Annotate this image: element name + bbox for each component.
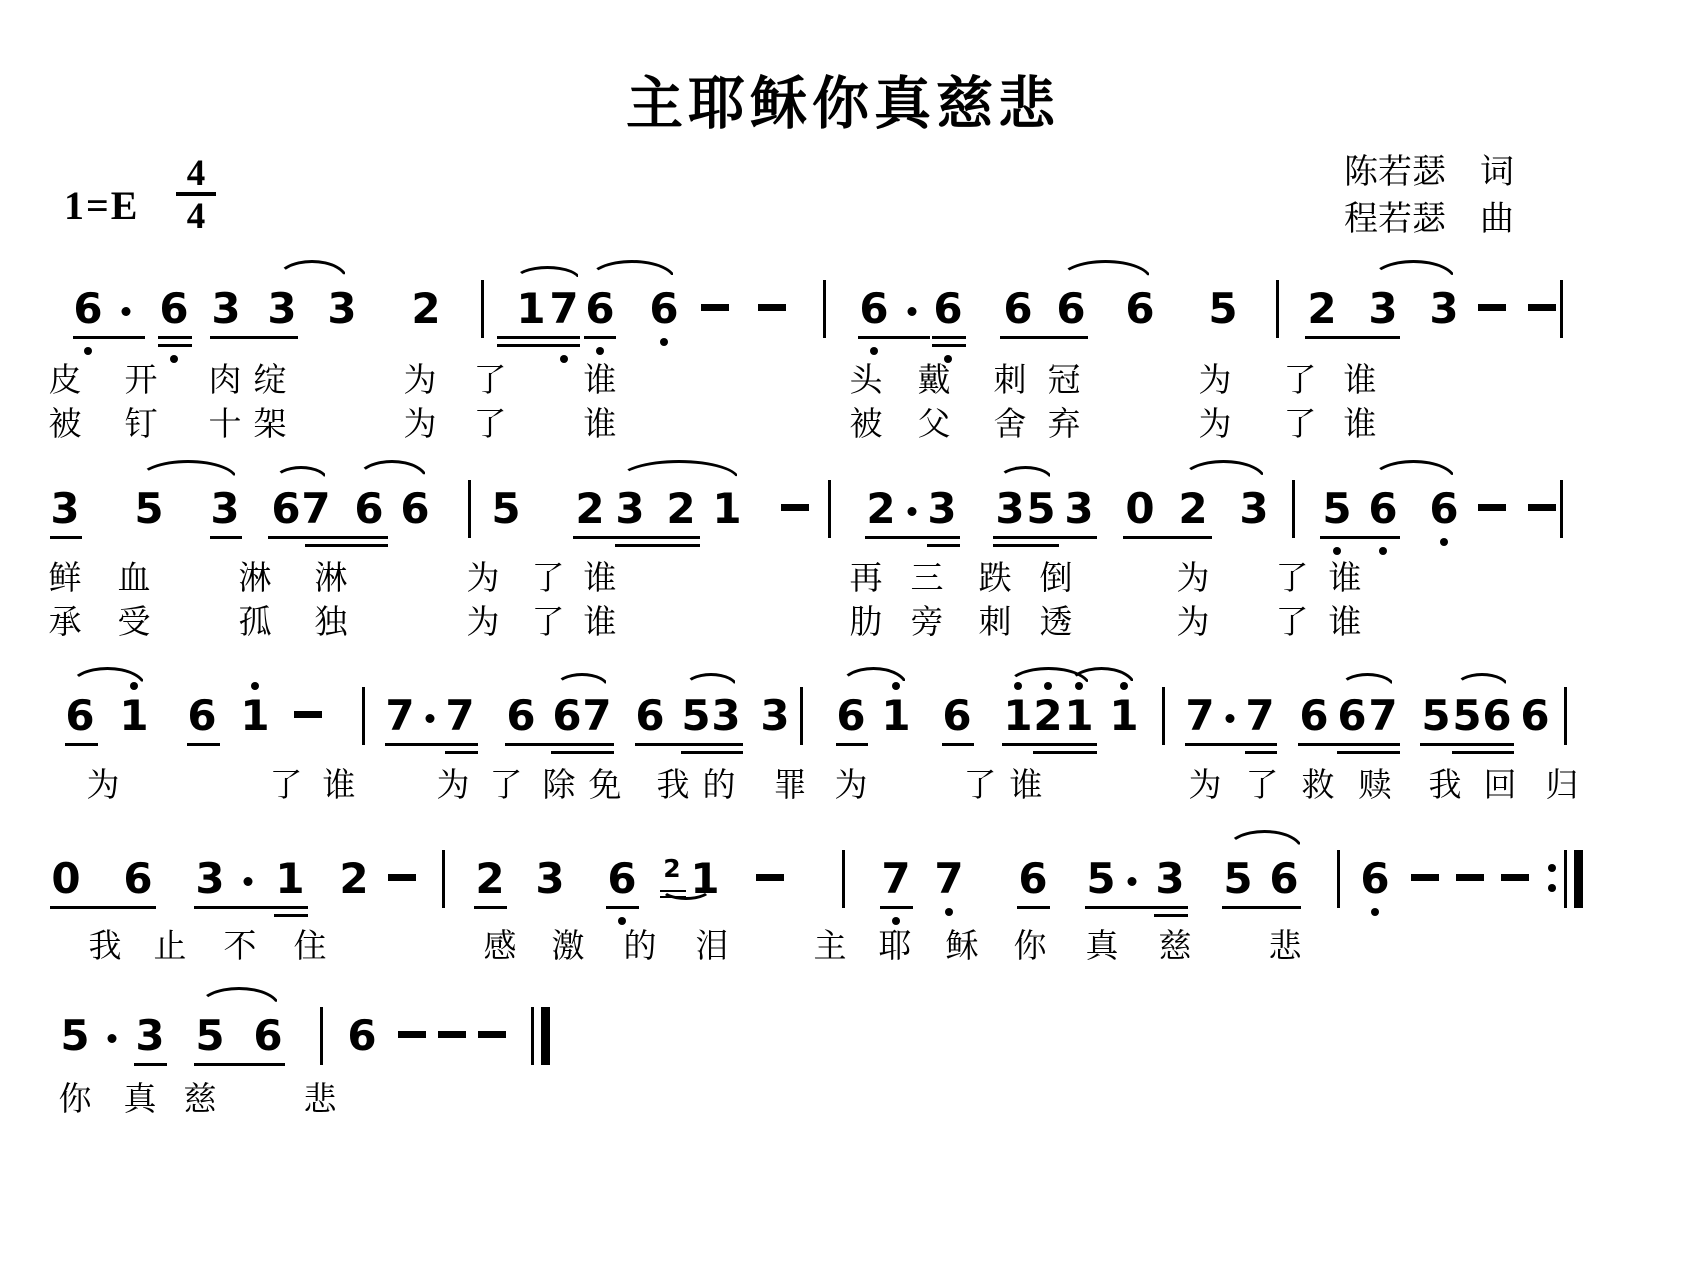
beam-underline: [584, 336, 616, 339]
lyric-syllable: 的: [624, 920, 657, 967]
lyric-syllable: 为: [1199, 354, 1232, 401]
slur: [1371, 460, 1456, 480]
lyric-syllable: 慈: [184, 1073, 217, 1120]
time-signature-numerator: 4: [176, 156, 216, 191]
note: 2: [866, 488, 895, 530]
note: 6: [73, 288, 102, 330]
lyric-syllable: 稣: [946, 920, 979, 967]
lyric-syllable: 受: [118, 596, 151, 643]
lyric-syllable: 了: [532, 596, 565, 643]
lyric-syllable: 谁: [1010, 759, 1043, 806]
barline: [468, 480, 471, 538]
barline-thick: [541, 1007, 550, 1065]
dash-line: [1478, 304, 1506, 311]
lyric-syllable: 了: [532, 552, 565, 599]
note: 6: [1429, 488, 1458, 530]
barline: [1162, 687, 1165, 745]
lyric-syllable: 为: [437, 759, 470, 806]
composer-credit: 程若瑟 曲: [1344, 197, 1514, 244]
note: 1: [1109, 695, 1138, 737]
lyric-syllable: 倒: [1040, 552, 1073, 599]
lyric-syllable: 钉: [125, 398, 158, 445]
slur: [684, 673, 738, 687]
note: 6: [1368, 488, 1397, 530]
slur: [1455, 673, 1509, 687]
note: 3: [711, 695, 740, 737]
beam-underline: [615, 544, 700, 547]
lyric-syllable: 跌: [979, 552, 1012, 599]
beam-underline: [1298, 743, 1400, 746]
note: 3: [760, 695, 789, 737]
credits: 陈若瑟 词 程若瑟 曲: [1344, 150, 1514, 244]
slur: [138, 460, 238, 480]
note: 2: [666, 488, 695, 530]
lyric-syllable: 了: [474, 398, 507, 445]
lyric-syllable: 你: [1014, 920, 1047, 967]
beam-underline: [274, 914, 308, 917]
note: 3: [1239, 488, 1268, 530]
lyric-syllable: 住: [294, 920, 327, 967]
note: 3: [1368, 288, 1397, 330]
lyric-syllable: 谁: [1344, 354, 1377, 401]
lyric-syllable: 止: [154, 920, 187, 967]
barline: [828, 480, 831, 538]
lyric-syllable: 了: [1284, 398, 1317, 445]
note: 5: [1223, 858, 1252, 900]
beam-underline: [932, 344, 966, 347]
octave-dot-low: [1379, 547, 1387, 555]
beam-underline: [993, 536, 1097, 539]
note: 1: [275, 858, 304, 900]
barline: [842, 850, 845, 908]
beam-underline: [932, 336, 966, 339]
slur: [555, 673, 609, 687]
dash-line: [1528, 304, 1556, 311]
lyric-syllable: 头: [850, 354, 883, 401]
beam-underline: [158, 344, 192, 347]
note: 6: [123, 858, 152, 900]
note: 1: [516, 288, 545, 330]
beam-underline: [73, 336, 145, 339]
lyric-syllable: 绽: [254, 354, 287, 401]
lyric-syllable: 救: [1302, 759, 1335, 806]
lyric-syllable: 为: [1177, 596, 1210, 643]
lyric-syllable: 不: [224, 920, 257, 967]
lyric-syllable: 慈: [1159, 920, 1192, 967]
slur: [1181, 460, 1266, 480]
barline: [1337, 850, 1340, 908]
barline: [531, 1007, 534, 1065]
lyric-syllable: 为: [87, 759, 120, 806]
beam-underline: [1452, 751, 1514, 754]
lyric-syllable: 了: [270, 759, 303, 806]
beam-underline: [551, 751, 614, 754]
barline: [1564, 687, 1567, 745]
lyric-syllable: 孤: [239, 596, 272, 643]
note: 1: [881, 695, 910, 737]
note: 6: [1520, 695, 1549, 737]
slur: [998, 466, 1053, 480]
note: 7: [1368, 695, 1397, 737]
dash-line: [388, 874, 416, 881]
lyric-syllable: 架: [254, 398, 287, 445]
beam-underline: [942, 743, 974, 746]
lyricist-credit: 陈若瑟 词: [1344, 150, 1514, 197]
beam-underline: [474, 906, 507, 909]
beam-underline: [1123, 536, 1212, 539]
octave-dot-low: [1371, 908, 1379, 916]
lyric-syllable: 为: [404, 354, 437, 401]
lyric-syllable: 被: [850, 398, 883, 445]
octave-dot-high: [251, 682, 259, 690]
lyric-syllable: 真: [1086, 920, 1119, 967]
note: 7: [934, 858, 963, 900]
lyric-syllable: 被: [49, 398, 82, 445]
lyric-syllable: 谁: [584, 596, 617, 643]
beam-underline: [836, 743, 868, 746]
note: 3: [210, 488, 239, 530]
beam-underline: [1017, 906, 1050, 909]
lyric-syllable: 独: [315, 596, 348, 643]
augmentation-dot: [1128, 877, 1137, 886]
note: 6: [635, 695, 664, 737]
barline: [1292, 480, 1295, 538]
note: 6: [859, 288, 888, 330]
note: 5: [1322, 488, 1351, 530]
slur: [618, 460, 740, 480]
lyric-syllable: 刺: [979, 596, 1012, 643]
slur: [1067, 667, 1136, 687]
note: 6: [1482, 695, 1511, 737]
note: 6: [1360, 858, 1389, 900]
lyric-syllable: 为: [1199, 398, 1232, 445]
barline: [800, 687, 803, 745]
note: 2: [1307, 288, 1336, 330]
octave-dot-low: [945, 908, 953, 916]
lyric-syllable: 旁: [911, 596, 944, 643]
lyric-syllable: 三: [911, 552, 944, 599]
lyric-syllable: 谁: [1344, 398, 1377, 445]
note: 5: [1026, 488, 1055, 530]
octave-dot-low: [170, 355, 178, 363]
lyric-syllable: 了: [964, 759, 997, 806]
lyric-syllable: 悲: [1269, 920, 1302, 967]
beam-underline: [1154, 914, 1188, 917]
note: 6: [1269, 858, 1298, 900]
beam-underline: [635, 743, 743, 746]
lyric-syllable: 开: [125, 354, 158, 401]
octave-dot-low: [560, 355, 568, 363]
note: 6: [933, 288, 962, 330]
augmentation-dot: [108, 1034, 117, 1043]
lyric-syllable: 冠: [1048, 354, 1081, 401]
note: 3: [50, 488, 79, 530]
note: 3: [195, 858, 224, 900]
note: 1: [240, 695, 269, 737]
beam-underline: [187, 743, 220, 746]
lyric-syllable: 谁: [584, 398, 617, 445]
note: 3: [267, 288, 296, 330]
lyric-syllable: 淋: [315, 552, 348, 599]
note: 1: [1064, 695, 1093, 737]
note: 5: [491, 488, 520, 530]
note: 3: [927, 488, 956, 530]
note: 7: [549, 288, 578, 330]
beam-underline: [497, 336, 580, 339]
dash-line: [398, 1031, 426, 1038]
beam-underline: [210, 536, 242, 539]
slur: [1371, 260, 1456, 280]
note: 3: [1064, 488, 1093, 530]
beam-underline: [50, 906, 156, 909]
dash-line: [756, 874, 784, 881]
lyric-syllable: 谁: [1329, 596, 1362, 643]
lyric-syllable: 回: [1484, 759, 1517, 806]
note: 5: [60, 1015, 89, 1057]
note: 5: [195, 1015, 224, 1057]
note: 3: [135, 1015, 164, 1057]
barline-thick: [1574, 850, 1583, 908]
beam-underline: [210, 336, 298, 339]
augmentation-dot: [426, 714, 435, 723]
note: 6: [1337, 695, 1366, 737]
note: 2: [475, 858, 504, 900]
slur: [198, 987, 280, 1007]
lyric-syllable: 了: [474, 354, 507, 401]
beam-underline: [505, 743, 614, 746]
dash-line: [438, 1031, 466, 1038]
octave-dot-low: [84, 347, 92, 355]
beam-underline: [858, 336, 930, 339]
note: 7: [881, 858, 910, 900]
note: 5: [1208, 288, 1237, 330]
slur: [69, 667, 146, 687]
barline: [320, 1007, 323, 1065]
beam-underline: [993, 544, 1059, 547]
dash-line: [781, 504, 809, 511]
note: 7: [385, 695, 414, 737]
lyric-syllable: 肋: [850, 596, 883, 643]
augmentation-dot: [908, 507, 917, 516]
lyric-syllable: 弃: [1048, 398, 1081, 445]
note: 3: [211, 288, 240, 330]
lyric-syllable: 了: [1284, 354, 1317, 401]
repeat-dot: [1548, 864, 1556, 872]
note: 5: [681, 695, 710, 737]
note: 3: [1155, 858, 1184, 900]
lyric-syllable: 我: [657, 759, 690, 806]
beam-underline: [50, 536, 82, 539]
lyric-syllable: 免: [589, 759, 622, 806]
dash-line: [1456, 874, 1484, 881]
key-time-block: 1=E: [64, 182, 139, 252]
beam-underline: [1222, 906, 1301, 909]
note: 1: [712, 488, 741, 530]
note: 3: [327, 288, 356, 330]
octave-dot-low: [1440, 538, 1448, 546]
beam-underline: [194, 1063, 285, 1066]
lyric-syllable: 感: [484, 920, 517, 967]
lyric-syllable: 皮: [49, 354, 82, 401]
note: 6: [1125, 288, 1154, 330]
note: 3: [995, 488, 1024, 530]
beam-underline: [1002, 743, 1097, 746]
lyric-syllable: 肉: [209, 354, 242, 401]
beam-underline: [681, 751, 743, 754]
lyric-syllable: 为: [1177, 552, 1210, 599]
beam-underline: [134, 1063, 167, 1066]
dash-line: [1501, 874, 1529, 881]
slur: [274, 466, 328, 480]
slur: [1059, 260, 1152, 280]
lyric-syllable: 我: [89, 920, 122, 967]
note: 6: [942, 695, 971, 737]
note: 6: [1003, 288, 1032, 330]
lyric-syllable: 悲: [304, 1073, 337, 1120]
beam-underline: [1320, 536, 1400, 539]
lyric-syllable: 了: [490, 759, 523, 806]
lyric-syllable: 谁: [584, 552, 617, 599]
lyric-syllable: 罪: [774, 759, 807, 806]
lyric-syllable: 为: [467, 552, 500, 599]
barline: [362, 687, 365, 745]
note: 2: [411, 288, 440, 330]
octave-dot-low: [660, 338, 668, 346]
note: 6: [271, 488, 300, 530]
lyric-syllable: 泪: [696, 920, 729, 967]
slur: [514, 266, 581, 280]
note: 5: [1452, 695, 1481, 737]
dash-line: [1478, 504, 1506, 511]
beam-underline: [158, 336, 192, 339]
note: 3: [615, 488, 644, 530]
lyric-syllable: 十: [209, 398, 242, 445]
note: 6: [1018, 858, 1047, 900]
note: 7: [1245, 695, 1274, 737]
note: 6: [649, 288, 678, 330]
lyric-syllable: 透: [1040, 596, 1073, 643]
beam-underline: [194, 906, 308, 909]
lyric-syllable: 了: [1246, 759, 1279, 806]
note: 6: [400, 488, 429, 530]
lyric-syllable: 舍: [994, 398, 1027, 445]
note: 6: [253, 1015, 282, 1057]
time-signature: 4 4: [176, 156, 216, 234]
note: 6: [552, 695, 581, 737]
note: 2: [1033, 695, 1062, 737]
lyric-syllable: 血: [118, 552, 151, 599]
lyric-syllable: 为: [467, 596, 500, 643]
barline: [1564, 850, 1567, 908]
note: 6: [836, 695, 865, 737]
dash-line: [1411, 874, 1439, 881]
lyric-syllable: 戴: [918, 354, 951, 401]
dash-line: [1528, 504, 1556, 511]
note: 7: [1185, 695, 1214, 737]
slur: [839, 667, 908, 687]
lyric-syllable: 真: [124, 1073, 157, 1120]
note: 6: [159, 288, 188, 330]
note: 6: [65, 695, 94, 737]
repeat-dot: [1548, 884, 1556, 892]
lyric-syllable: 激: [552, 920, 585, 967]
beam-underline: [268, 536, 388, 539]
note: 2: [575, 488, 604, 530]
beam-underline: [1033, 751, 1097, 754]
barline: [1276, 280, 1279, 338]
barline: [442, 850, 445, 908]
note: 0: [1125, 488, 1154, 530]
slur: [276, 260, 348, 280]
song-title: 主耶稣你真慈悲: [0, 58, 1686, 140]
note: 3: [1429, 288, 1458, 330]
lyric-syllable: 除: [543, 759, 576, 806]
lyric-syllable: 为: [404, 398, 437, 445]
barline: [1560, 480, 1563, 538]
beam-underline: [65, 743, 98, 746]
note: 6: [1299, 695, 1328, 737]
lyric-syllable: 父: [918, 398, 951, 445]
beam-underline: [1337, 751, 1400, 754]
slur: [1340, 673, 1395, 687]
lyric-syllable: 谁: [1329, 552, 1362, 599]
beam-underline: [1000, 336, 1088, 339]
note: 5: [1086, 858, 1115, 900]
augmentation-dot: [1226, 714, 1235, 723]
note: 1: [119, 695, 148, 737]
note: 1: [1003, 695, 1032, 737]
lyric-syllable: 主: [814, 920, 847, 967]
beam-underline: [1185, 743, 1277, 746]
note: 7: [582, 695, 611, 737]
note: 6: [506, 695, 535, 737]
lyric-syllable: 你: [59, 1073, 92, 1120]
barline: [1560, 280, 1563, 338]
grace-note: 2: [663, 856, 680, 881]
note: 6: [1056, 288, 1085, 330]
time-signature-denominator: 4: [176, 199, 216, 234]
beam-underline: [1085, 906, 1188, 909]
lyric-syllable: 淋: [239, 552, 272, 599]
dash-line: [478, 1031, 506, 1038]
augmentation-dot: [122, 307, 131, 316]
barline: [481, 280, 484, 338]
note: 6: [607, 858, 636, 900]
note: 6: [187, 695, 216, 737]
note: 7: [301, 488, 330, 530]
sheet-page: 主耶稣你真慈悲 1=E 4 4 陈若瑟 词 程若瑟 曲 663332176666…: [0, 0, 1686, 1273]
dash-line: [758, 304, 786, 311]
lyric-syllable: 的: [703, 759, 736, 806]
note: 5: [134, 488, 163, 530]
beam-underline: [497, 344, 580, 347]
note: 7: [445, 695, 474, 737]
lyric-syllable: 了: [1276, 552, 1309, 599]
beam-underline: [880, 906, 913, 909]
beam-underline: [1245, 751, 1277, 754]
lyric-syllable: 我: [1429, 759, 1462, 806]
lyric-syllable: 赎: [1359, 759, 1392, 806]
beam-underline: [385, 743, 478, 746]
beam-underline: [573, 536, 700, 539]
lyric-syllable: 刺: [994, 354, 1027, 401]
beam-underline: [1305, 336, 1400, 339]
key-signature: 1=E: [64, 183, 139, 228]
slur: [1226, 830, 1303, 850]
beam-underline: [445, 751, 478, 754]
augmentation-dot: [244, 877, 253, 886]
barline: [823, 280, 826, 338]
